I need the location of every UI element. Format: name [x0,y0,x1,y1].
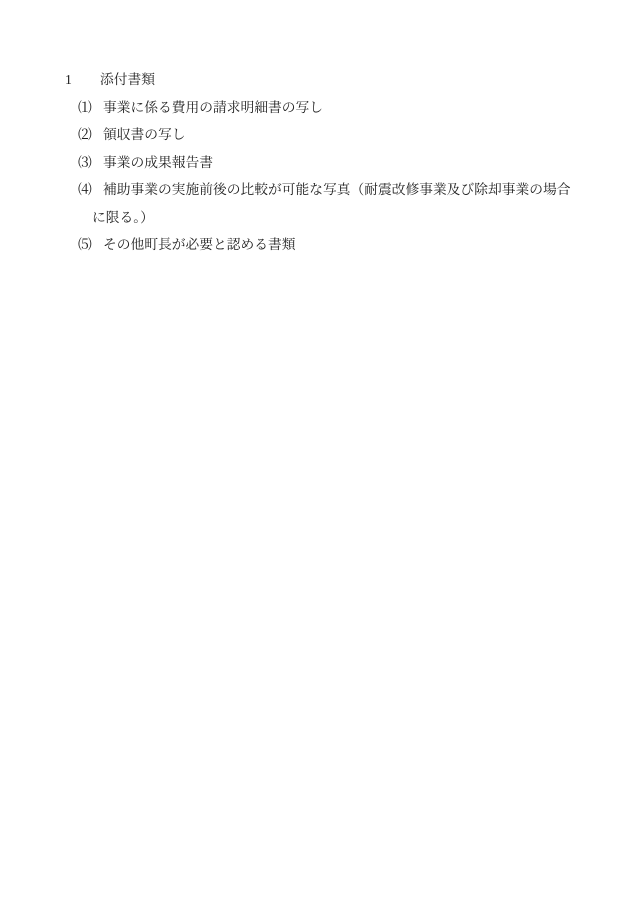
list-item-2-marker: ⑵ [78,121,103,149]
list-item-5: ⑸その他町長が必要と認める書類 [65,231,572,259]
list-item-5-text: その他町長が必要と認める書類 [103,237,296,252]
list-item-2: ⑵領収書の写し [65,121,572,149]
list-item-4-continuation: に限る。） [65,204,572,232]
list-item-4-text-line-2: に限る。） [92,210,154,225]
list-item-5-marker: ⑸ [78,231,103,259]
list-item-1: ⑴事業に係る費用の請求明細書の写し [65,94,572,122]
list-item-1-text: 事業に係る費用の請求明細書の写し [103,100,323,115]
list-item-3-marker: ⑶ [78,149,103,177]
list-item-4-text-line-1: 補助事業の実施前後の比較が可能な写真（耐震改修事業及び除却事業の場合 [103,182,571,197]
list-item-3: ⑶事業の成果報告書 [65,149,572,177]
list-item-3-text: 事業の成果報告書 [103,155,213,170]
section-number: 1 [65,66,100,94]
list-item-1-marker: ⑴ [78,94,103,122]
section-title: 添付書類 [100,72,155,87]
list-item-4-marker: ⑷ [78,176,103,204]
list-item-2-text: 領収書の写し [103,127,186,142]
document-body: 1添付書類 ⑴事業に係る費用の請求明細書の写し ⑵領収書の写し ⑶事業の成果報告… [0,0,630,259]
section-heading: 1添付書類 [65,66,572,94]
list-item-4: ⑷補助事業の実施前後の比較が可能な写真（耐震改修事業及び除却事業の場合 [65,176,572,204]
document-page: 1添付書類 ⑴事業に係る費用の請求明細書の写し ⑵領収書の写し ⑶事業の成果報告… [0,0,630,903]
